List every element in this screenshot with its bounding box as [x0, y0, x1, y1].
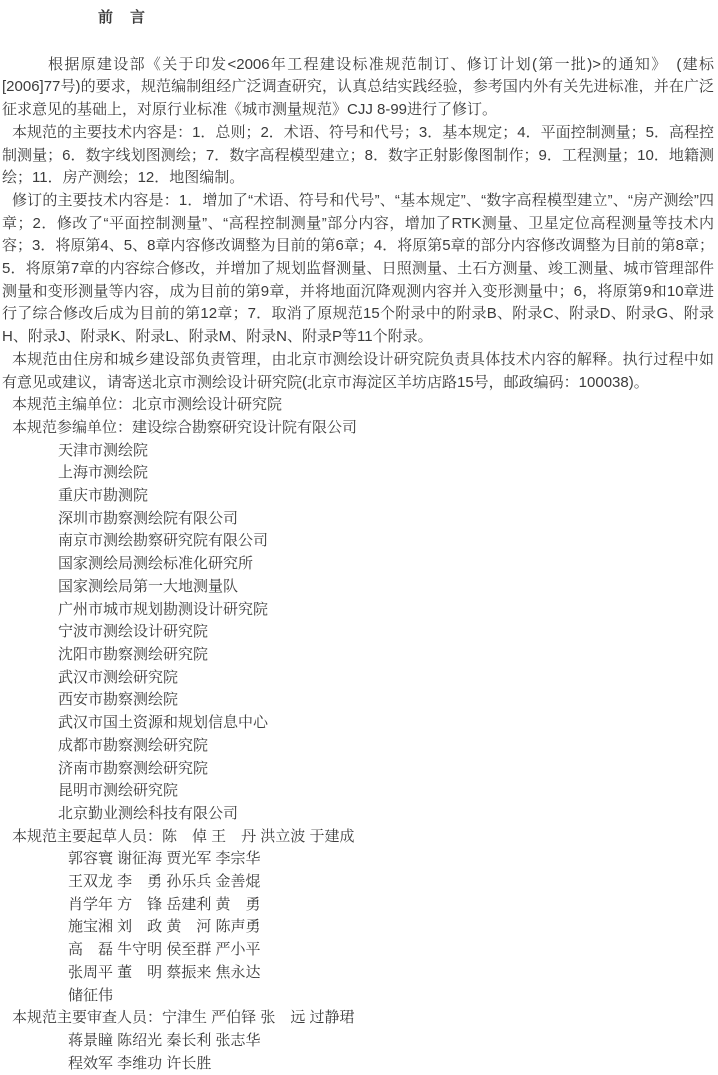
participating-unit: 宁波市测绘设计研究院: [58, 621, 714, 644]
chief-editor-line: 本规范主编单位：北京市测绘设计研究院: [12, 394, 714, 417]
reviewer-row: 蒋景瞳 陈绍光 秦长利 张志华: [68, 1030, 714, 1053]
participating-unit: 广州市城市规划勘测设计研究院: [58, 599, 714, 622]
drafter-row: 张周平 董 明 蔡振来 焦永达: [68, 962, 714, 985]
participating-unit: 国家测绘局测绘标准化研究所: [58, 553, 714, 576]
drafter-row: 王双龙 李 勇 孙乐兵 金善焜: [68, 871, 714, 894]
participating-unit: 济南市勘察测绘研究院: [58, 758, 714, 781]
participating-unit: 武汉市测绘研究院: [58, 667, 714, 690]
participating-unit: 国家测绘局第一大地测量队: [58, 576, 714, 599]
drafter-row: 储征伟: [68, 985, 714, 1008]
co-editor-line: 本规范参编单位：建设综合勘察研究设计院有限公司: [12, 417, 714, 440]
document-title: 前 言: [98, 7, 714, 30]
drafter-row: 郭容寰 谢征海 贾光军 李宗华: [68, 848, 714, 871]
drafter-row: 肖学年 方 锋 岳建利 黄 勇: [68, 894, 714, 917]
participating-unit: 重庆市勘测院: [58, 485, 714, 508]
participating-unit: 上海市测绘院: [58, 462, 714, 485]
reviewer-row: 程效军 李维功 许长胜: [68, 1053, 714, 1075]
participating-unit: 深圳市勘察测绘院有限公司: [58, 508, 714, 531]
drafters-heading-line: 本规范主要起草人员：陈 倬 王 丹 洪立波 于建成: [12, 826, 714, 849]
drafter-row: 施宝湘 刘 政 黄 河 陈声勇: [68, 916, 714, 939]
participating-unit: 西安市勘察测绘院: [58, 689, 714, 712]
reviewers-list: 蒋景瞳 陈绍光 秦长利 张志华 程效军 李维功 许长胜: [2, 1030, 714, 1075]
document-page: 前 言 根据原建设部《关于印发<2006年工程建设标准规范制订、修订计划(第一批…: [0, 0, 718, 1075]
participating-unit: 成都市勘察测绘研究院: [58, 735, 714, 758]
drafter-row: 高 磊 牛守明 侯至群 严小平: [68, 939, 714, 962]
participating-unit: 北京勤业测绘科技有限公司: [58, 803, 714, 826]
body-paragraph: 本规范的主要技术内容是：1．总则；2．术语、符号和代号；3．基本规定；4．平面控…: [2, 122, 714, 190]
participating-unit: 天津市测绘院: [58, 440, 714, 463]
participating-unit: 昆明市测绘研究院: [58, 780, 714, 803]
opening-paragraph: 根据原建设部《关于印发<2006年工程建设标准规范制订、修订计划(第一批)>的通…: [2, 54, 714, 122]
participating-unit: 武汉市国土资源和规划信息中心: [58, 712, 714, 735]
body-paragraphs: 本规范的主要技术内容是：1．总则；2．术语、符号和代号；3．基本规定；4．平面控…: [2, 122, 714, 394]
participating-units-list: 天津市测绘院 上海市测绘院 重庆市勘测院 深圳市勘察测绘院有限公司 南京市测绘勘…: [2, 440, 714, 826]
body-paragraph: 修订的主要技术内容是：1．增加了“术语、符号和代号”、“基本规定”、“数字高程模…: [2, 190, 714, 349]
participating-unit: 南京市测绘勘察研究院有限公司: [58, 530, 714, 553]
drafters-list: 郭容寰 谢征海 贾光军 李宗华 王双龙 李 勇 孙乐兵 金善焜 肖学年 方 锋 …: [2, 848, 714, 1007]
reviewers-heading-line: 本规范主要审查人员：宁津生 严伯铎 张 远 过静珺: [12, 1007, 714, 1030]
body-paragraph: 本规范由住房和城乡建设部负责管理，由北京市测绘设计研究院负责具体技术内容的解释。…: [2, 349, 714, 394]
participating-unit: 沈阳市勘察测绘研究院: [58, 644, 714, 667]
